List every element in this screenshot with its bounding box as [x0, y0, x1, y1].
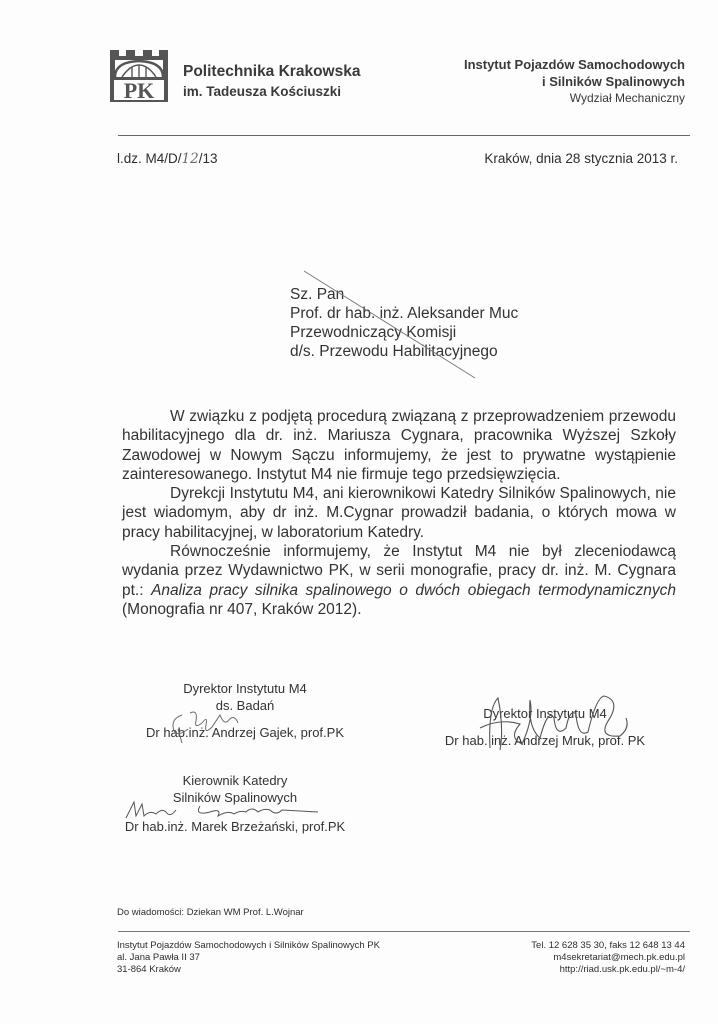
- footer-website: http://riad.usk.pk.edu.pl/~m-4/: [531, 964, 685, 976]
- institute-line2: i Silników Spalinowych: [464, 73, 685, 90]
- footer-email: m4sekretariat@mech.pk.edu.pl: [531, 952, 685, 964]
- footer-address-institute: Instytut Pojazdów Samochodowych i Silnik…: [117, 940, 380, 952]
- footer-divider: [118, 931, 690, 932]
- addressee-title: Przewodniczący Komisji: [290, 323, 518, 342]
- university-name: Politechnika Krakowska: [183, 63, 360, 81]
- signature-block-institute-director: Dyrektor Instytutu M4 Dr hab. inż. Andrz…: [420, 705, 670, 749]
- carbon-copy-note: Do wiadomości: Dziekan WM Prof. L.Wojnar: [117, 907, 304, 918]
- footer-address-street: al. Jana Pawła II 37: [117, 952, 380, 964]
- reference-number: l.dz. M4/D/12/13: [117, 151, 217, 167]
- signatory-name: Dr hab.inż. Andrzej Gajek, prof.PK: [130, 724, 360, 741]
- letter-date: Kraków, dnia 28 stycznia 2013 r.: [484, 151, 678, 166]
- footer-address-city: 31-864 Kraków: [117, 964, 380, 976]
- monograph-title: Analiza pracy silnika spalinowego o dwóc…: [151, 582, 676, 599]
- body-paragraph-2: Dyrekcji Instytutu M4, ani kierownikowi …: [122, 484, 676, 542]
- faculty-name: Wydział Mechaniczny: [464, 90, 685, 107]
- addressee-name: Prof. dr hab. inż. Aleksander Muc: [290, 304, 518, 323]
- institute-block: Instytut Pojazdów Samochodowych i Silnik…: [464, 56, 685, 107]
- reference-suffix: /13: [199, 151, 218, 166]
- signature-role: Dyrektor Instytutu M4: [130, 680, 360, 697]
- footer-phone-fax: Tel. 12 628 35 30, faks 12 648 13 44: [531, 940, 685, 952]
- header-divider: [118, 135, 690, 136]
- reference-handwritten-number: 12: [182, 151, 199, 167]
- signature-role-sub: ds. Badań: [130, 697, 360, 714]
- footer-address: Instytut Pojazdów Samochodowych i Silnik…: [117, 940, 380, 976]
- signatory-name: Dr hab. inż. Andrzej Mruk, prof. PK: [420, 732, 670, 749]
- signature-role: Dyrektor Instytutu M4: [420, 705, 670, 722]
- signature-role: Kierownik Katedry: [115, 772, 355, 789]
- signature-block-research-director: Dyrektor Instytutu M4 ds. Badań Dr hab.i…: [130, 680, 360, 741]
- university-patron: im. Tadeusza Kościuszki: [183, 84, 341, 99]
- signature-block-department-head: Kierownik Katedry Silników Spalinowych D…: [115, 772, 355, 835]
- pk-logo-icon: PK: [110, 50, 168, 102]
- signatory-name: Dr hab.inż. Marek Brzeżański, prof.PK: [115, 818, 355, 835]
- addressee-salutation: Sz. Pan: [290, 285, 518, 304]
- letter-body: W związku z podjętą procedurą związaną z…: [122, 407, 676, 619]
- signature-role-sub: Silników Spalinowych: [115, 789, 355, 806]
- reference-prefix: l.dz. M4/D/: [117, 151, 182, 166]
- addressee-committee: d/s. Przewodu Habilitacyjnego: [290, 342, 518, 361]
- institute-line1: Instytut Pojazdów Samochodowych: [464, 56, 685, 73]
- addressee-block: Sz. Pan Prof. dr hab. inż. Aleksander Mu…: [290, 285, 518, 361]
- body-paragraph-1: W związku z podjętą procedurą związaną z…: [122, 407, 676, 484]
- svg-text:PK: PK: [124, 78, 155, 102]
- body-paragraph-3: Równocześnie informujemy, że Instytut M4…: [122, 542, 676, 619]
- footer-contact: Tel. 12 628 35 30, faks 12 648 13 44 m4s…: [531, 940, 685, 976]
